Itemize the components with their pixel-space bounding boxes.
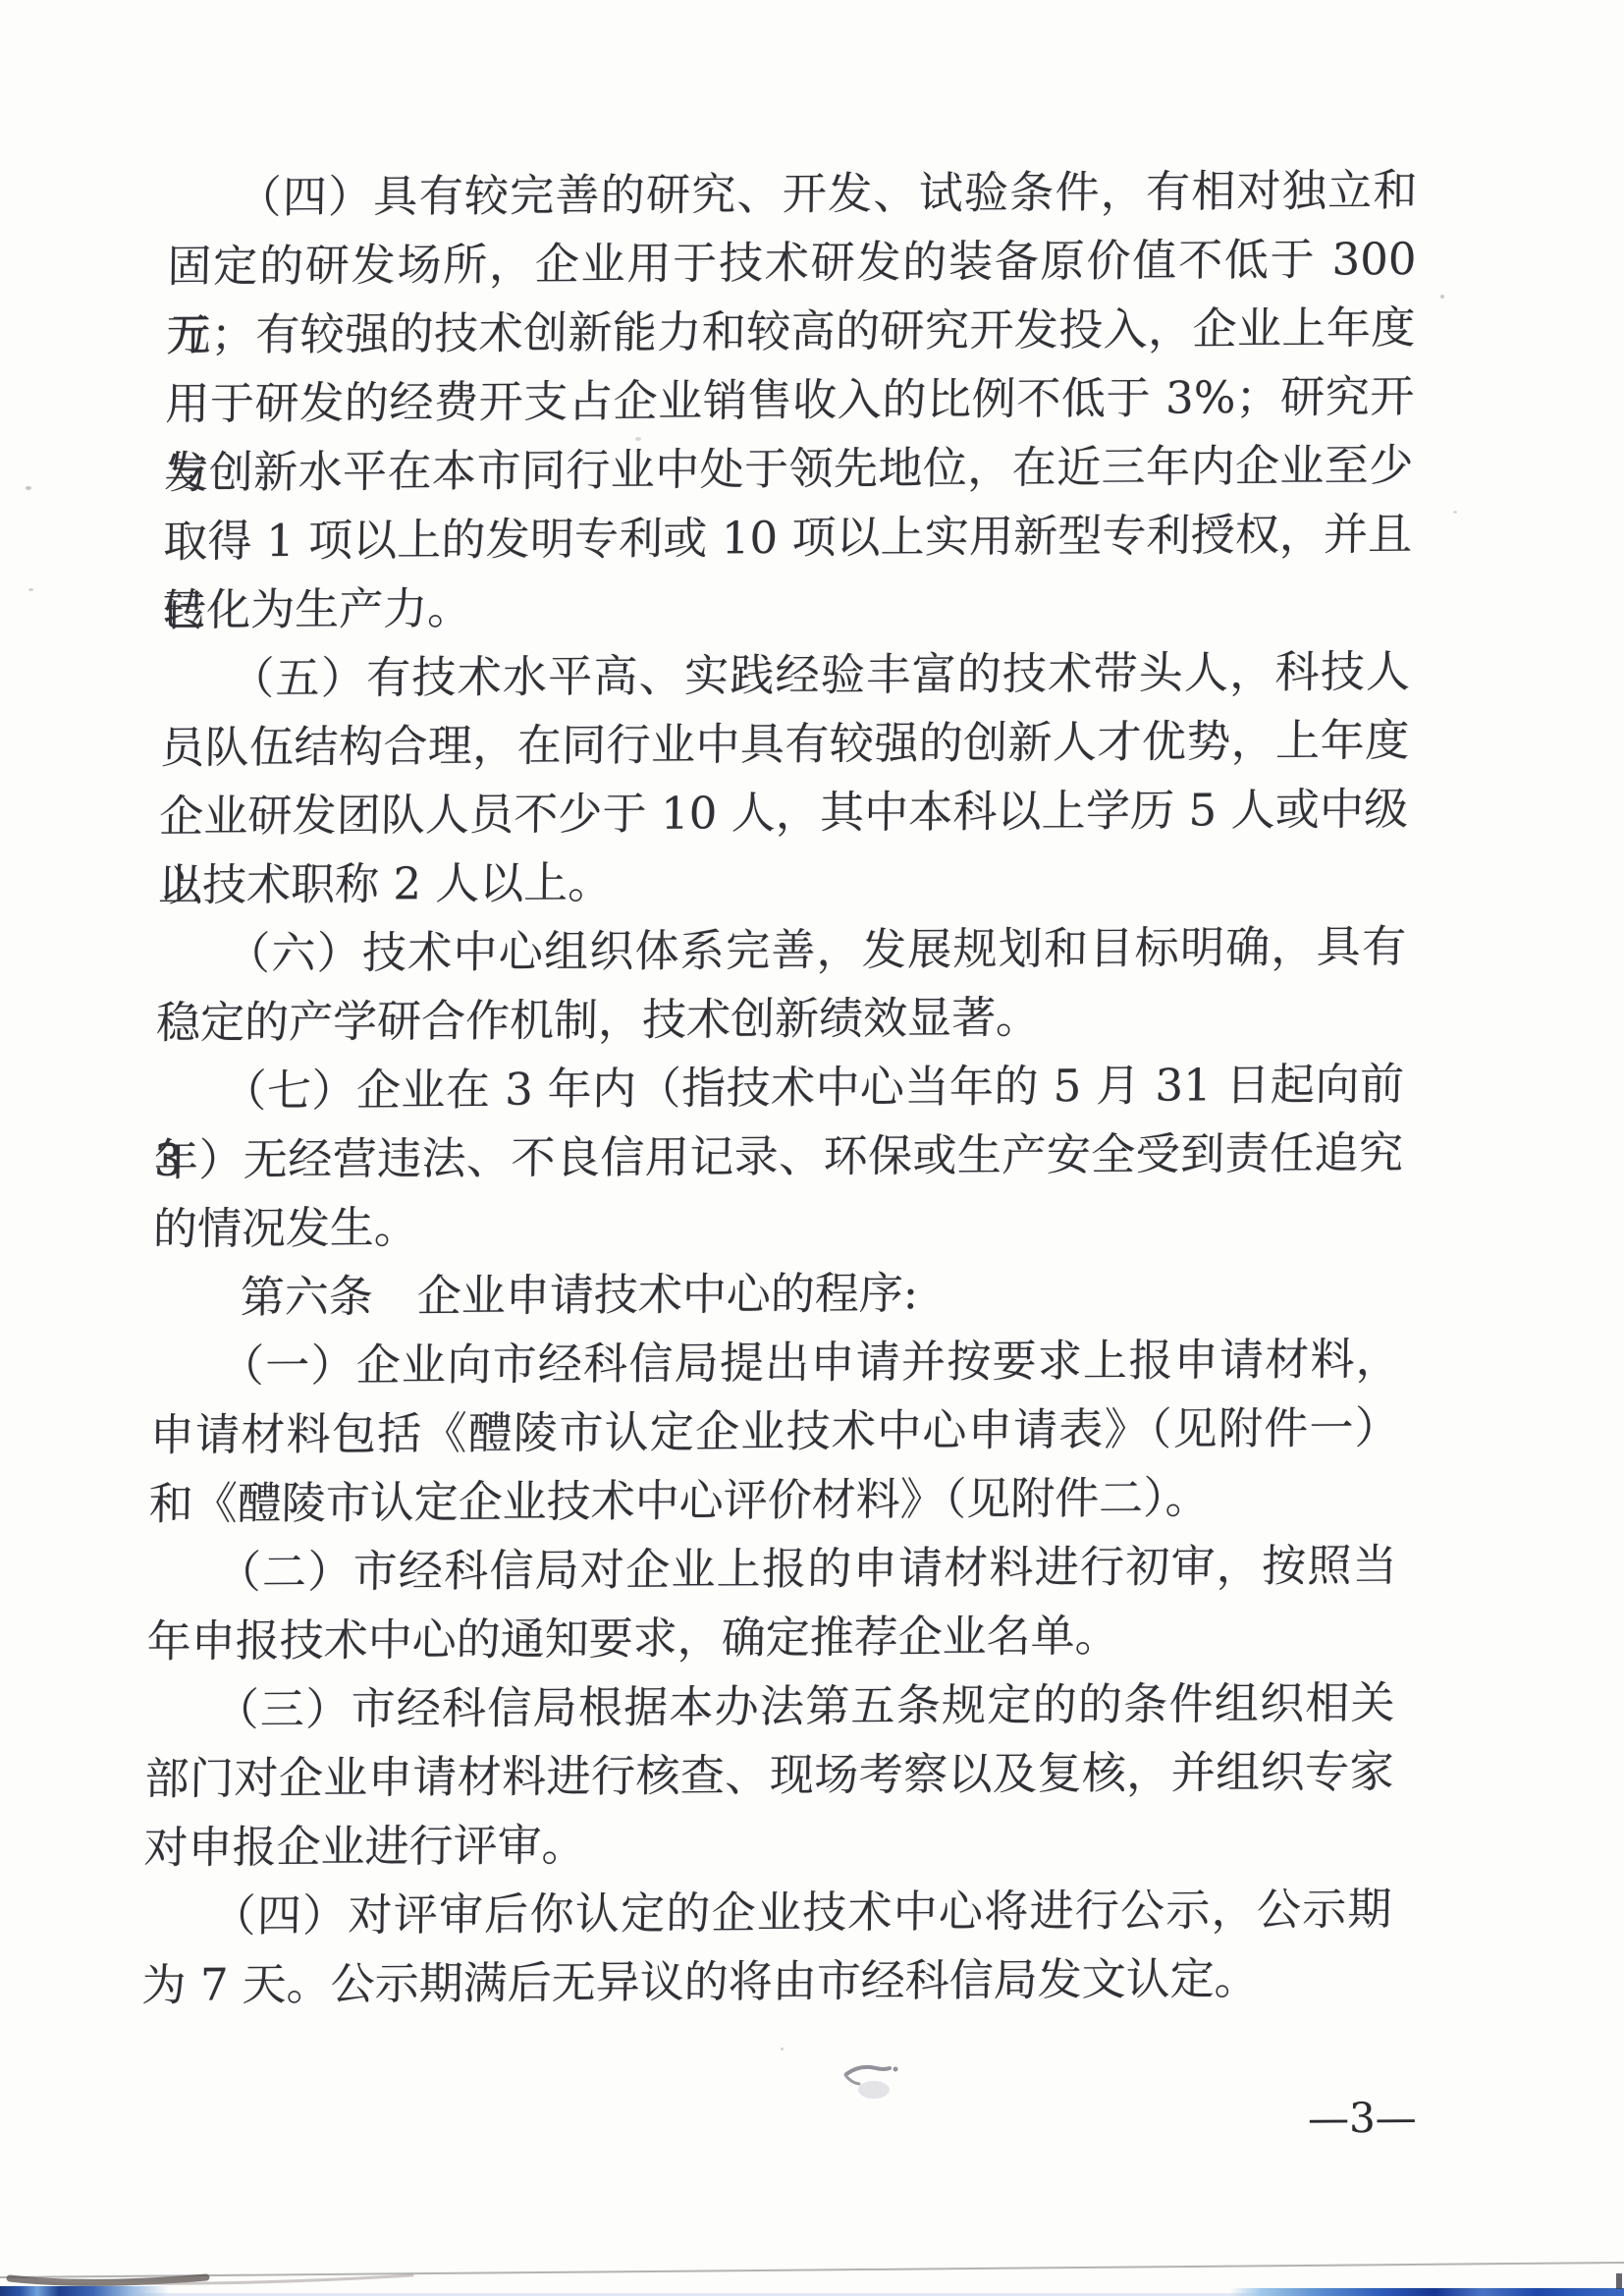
text-line: （四）对评审后你认定的企业技术中心将进行公示，公示期	[142, 1875, 1392, 1951]
paper-edge-line	[0, 2263, 1624, 2277]
text-line: 对申报企业进行评审。	[143, 1806, 1393, 1883]
scanner-corner-mark	[1616, 2273, 1622, 2289]
text-line: 年）无经营违法、不良信用记录、环保或生产安全受到责任追究	[153, 1119, 1403, 1195]
text-line: （二）市经科信局对企业上报的申请材料进行初审，按照当	[147, 1531, 1397, 1608]
paper-speck	[1440, 295, 1444, 299]
text-line: 稳定的产学研合作机制，技术创新绩效显著。	[156, 981, 1406, 1058]
text-line: 与创新水平在本市同行业中处于领先地位，在近三年内企业至少	[164, 431, 1414, 508]
ink-smudge	[845, 2067, 898, 2100]
paper-speck	[635, 437, 641, 441]
paper-speck	[781, 2048, 784, 2050]
page-number: —3—	[1308, 2094, 1426, 2143]
paper-edge-shadow-soft	[39, 2275, 412, 2283]
text-line: （四）具有较完善的研究、开发、试验条件，有相对独立和	[168, 156, 1418, 233]
document-text: （四）具有较完善的研究、开发、试验条件，有相对独立和固定的研发场所，企业用于技术…	[141, 156, 1418, 2020]
paper-speck	[28, 588, 33, 591]
text-line: 第六条 企业申请技术中心的程序:	[151, 1256, 1401, 1333]
text-line: 固定的研发场所，企业用于技术研发的装备原价值不低于 300 万	[167, 225, 1417, 301]
text-line: 转化为生产力。	[162, 569, 1412, 645]
text-line: （一）企业向市经科信局提出申请并按要求上报申请材料，	[150, 1325, 1400, 1401]
text-line: （三）市经科信局根据本办法第五条规定的的条件组织相关	[145, 1668, 1395, 1745]
text-line: 申请材料包括《醴陵市认定企业技术中心申请表》（见附件一）	[149, 1394, 1399, 1470]
text-line: （六）技术中心组织体系完善，发展规划和目标明确，具有	[157, 912, 1407, 989]
text-line: 取得 1 项以上的发明专利或 10 项以上实用新型专利授权，并且已	[163, 500, 1413, 576]
text-line: （七）企业在 3 年内（指技术中心当年的 5 月 31 日起向前 3	[154, 1050, 1404, 1126]
scanner-strip-right	[1230, 2288, 1624, 2296]
document-page: （四）具有较完善的研究、开发、试验条件，有相对独立和固定的研发场所，企业用于技术…	[0, 0, 1624, 2296]
text-line: 员队伍结构合理，在同行业中具有较强的创新人才优势，上年度	[160, 706, 1410, 783]
text-line: 上技术职称 2 人以上。	[158, 844, 1408, 920]
text-line: 年申报技术中心的通知要求，确定推荐企业名单。	[146, 1600, 1396, 1676]
text-line: 元；有较强的技术创新能力和较高的研究开发投入，企业上年度	[166, 294, 1416, 370]
text-line: 用于研发的经费开支占企业销售收入的比例不低于 3%；研究开发	[165, 362, 1415, 439]
text-line: 企业研发团队人员不少于 10 人，其中本科以上学历 5 人或中级以	[159, 775, 1409, 851]
paper-edge-shadow	[10, 2277, 206, 2282]
text-line: 部门对企业申请材料进行核查、现场考察以及复核，并组织专家	[144, 1737, 1394, 1814]
text-line: 和《醴陵市认定企业技术中心评价材料》（见附件二）。	[148, 1462, 1398, 1539]
text-line: 为 7 天。公示期满后无异议的将由市经科信局发文认定。	[141, 1943, 1391, 2020]
text-line: （五）有技术水平高、实践经验丰富的技术带头人，科技人	[161, 637, 1411, 714]
text-line: 的情况发生。	[152, 1187, 1402, 1264]
scanner-strip-left	[0, 2286, 169, 2296]
paper-speck	[26, 486, 31, 490]
paper-speck	[1453, 511, 1457, 514]
